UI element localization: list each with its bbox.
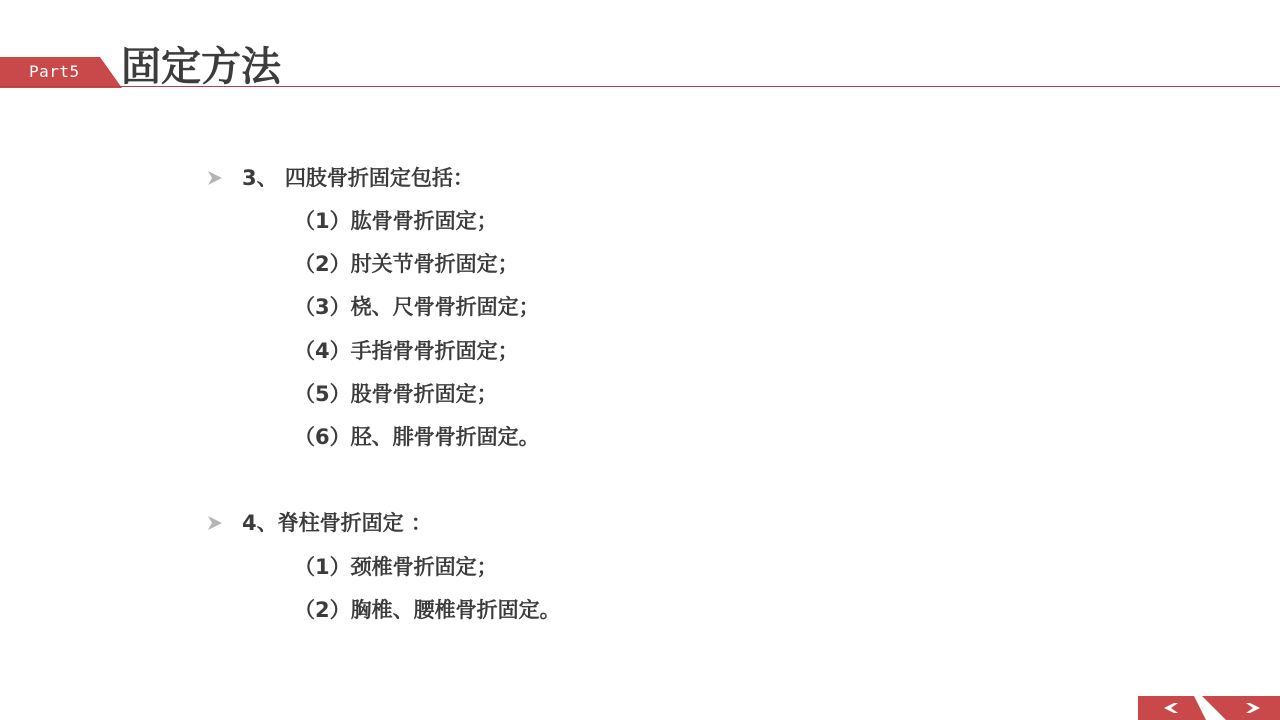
arrow-bullet-icon bbox=[208, 516, 222, 530]
previous-slide-button[interactable] bbox=[1138, 696, 1206, 720]
slide-navigation bbox=[1138, 696, 1280, 720]
arrow-bullet-icon bbox=[208, 171, 222, 185]
chevron-left-icon bbox=[1164, 703, 1178, 713]
list-item: （4）手指骨骨折固定； bbox=[294, 336, 519, 366]
list-item: （3）桡、尺骨骨折固定； bbox=[294, 292, 540, 322]
list-item: （5）股骨骨折固定； bbox=[294, 379, 498, 409]
page-title: 固定方法 bbox=[121, 42, 281, 92]
list-item: （1）肱骨骨折固定； bbox=[294, 206, 498, 236]
list-item: （2）胸椎、腰椎骨折固定。 bbox=[294, 595, 561, 625]
header-divider bbox=[0, 86, 1280, 87]
chevron-right-icon bbox=[1246, 703, 1260, 713]
list-item: （2）肘关节骨折固定； bbox=[294, 249, 519, 279]
part-label: Part5 bbox=[29, 62, 80, 81]
next-slide-button[interactable] bbox=[1202, 696, 1280, 720]
list-item: （6）胫、腓骨骨折固定。 bbox=[294, 422, 540, 452]
section-heading: 4、脊柱骨折固定 ： bbox=[242, 508, 432, 538]
section-heading: 3、 四肢骨折固定包括： bbox=[242, 163, 474, 193]
list-item: （1）颈椎骨折固定； bbox=[294, 552, 498, 582]
